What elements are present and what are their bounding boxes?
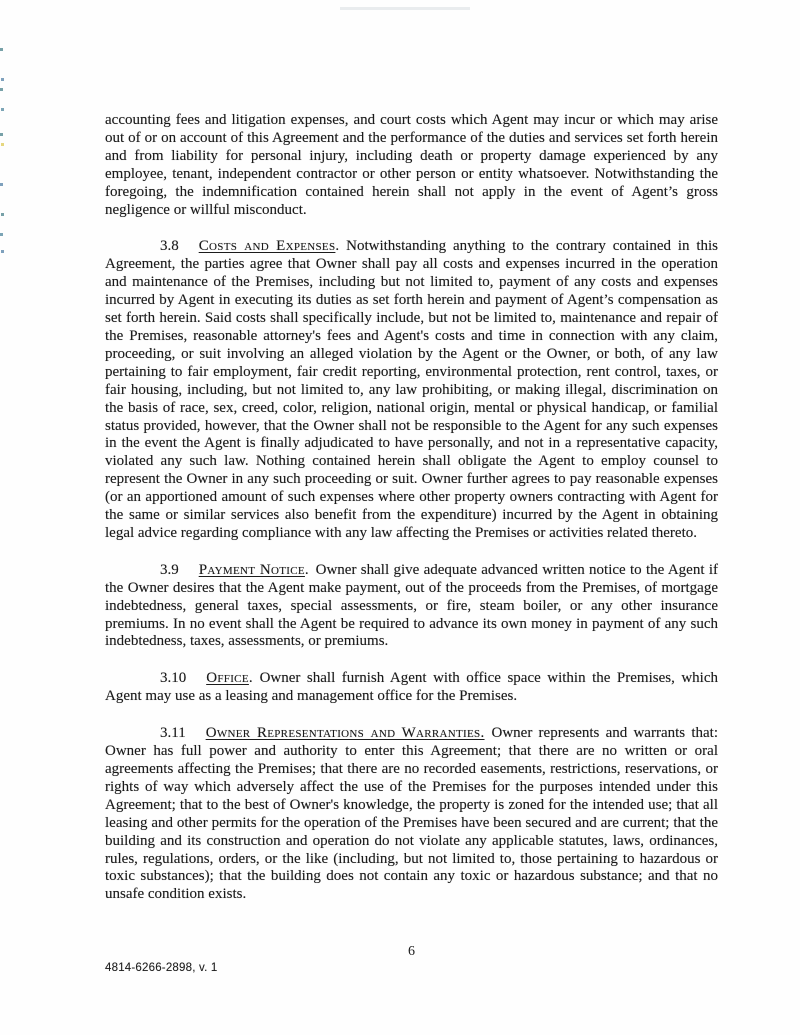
scan-artifact [1, 213, 4, 216]
scan-artifact [0, 133, 3, 136]
section-number: 3.8 [160, 238, 179, 254]
section-heading: Owner Representations and Warranties. [206, 725, 485, 741]
section-body: Owner represents and warrants that: Owne… [105, 725, 718, 902]
section-number: 3.9 [160, 562, 179, 578]
section-body: Owner shall furnish Agent with office sp… [105, 670, 718, 704]
section-heading: Office [206, 670, 249, 686]
section-3-11: 3.11Owner Representations and Warranties… [105, 725, 718, 904]
section-heading-punct: . [305, 562, 309, 578]
section-heading-punct: . [249, 670, 253, 686]
section-3-10: 3.10Office.Owner shall furnish Agent wit… [105, 670, 718, 706]
scan-artifact [0, 88, 3, 91]
scan-artifact [1, 78, 4, 81]
section-heading: Payment Notice [199, 562, 305, 578]
body-text: accounting fees and litigation expenses,… [105, 112, 718, 923]
scan-artifact [0, 48, 3, 51]
scan-artifact [1, 143, 4, 146]
scan-artifact [1, 250, 4, 253]
section-3-9: 3.9Payment Notice.Owner shall give adequ… [105, 562, 718, 652]
footer-doc-id: 4814-6266-2898, v. 1 [105, 962, 217, 974]
section-body: Notwithstanding anything to the contrary… [105, 238, 718, 541]
section-body: Owner shall give adequate advanced writt… [105, 562, 718, 650]
scan-artifact [0, 233, 3, 236]
document-page: accounting fees and litigation expenses,… [0, 0, 800, 1035]
section-number: 3.10 [160, 670, 186, 686]
section-heading-punct: . [335, 238, 339, 254]
scan-artifact [0, 183, 3, 186]
page-number: 6 [105, 944, 718, 960]
section-3-8: 3.8Costs and Expenses.Notwithstanding an… [105, 238, 718, 542]
section-heading: Costs and Expenses [199, 238, 336, 254]
intro-paragraph-text: accounting fees and litigation expenses,… [105, 112, 718, 218]
section-number: 3.11 [160, 725, 186, 741]
scan-artifact [1, 108, 4, 111]
intro-paragraph: accounting fees and litigation expenses,… [105, 112, 718, 219]
scan-smudge [340, 7, 470, 10]
